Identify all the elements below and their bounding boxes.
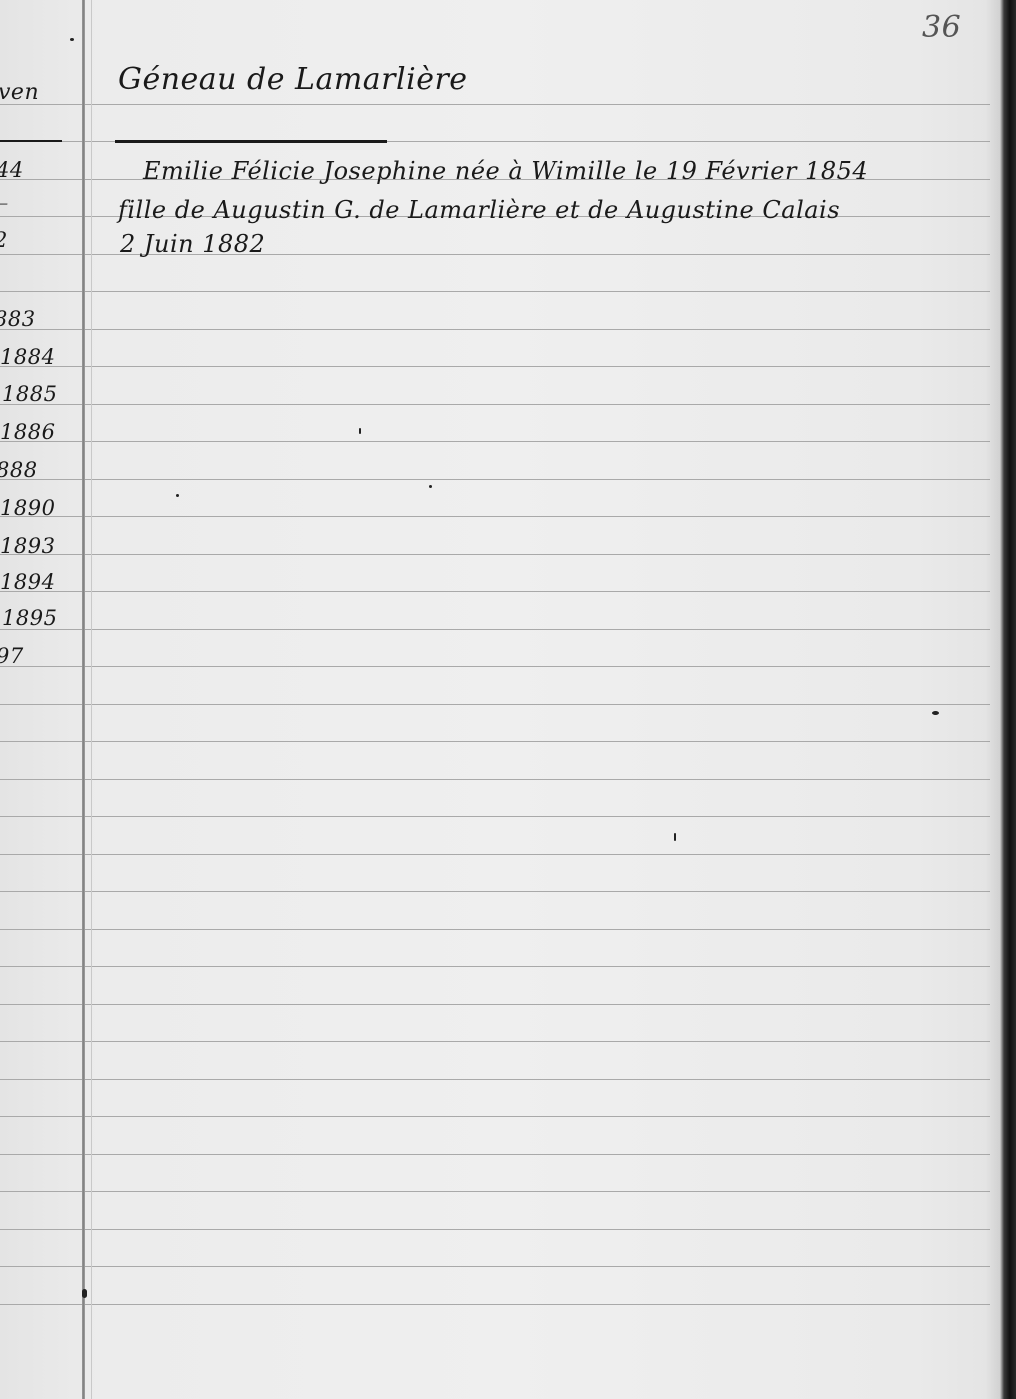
ruled-line (0, 441, 990, 442)
ruled-line (0, 1266, 990, 1267)
ruled-line (0, 291, 990, 292)
ruled-line (0, 1191, 990, 1192)
ruled-line (0, 816, 990, 817)
ink-speck (932, 711, 939, 715)
ruled-line (0, 329, 990, 330)
page-edge-shadow (985, 0, 1000, 1399)
ruled-line (0, 966, 990, 967)
ruled-line (0, 1079, 990, 1080)
ink-speck (674, 833, 676, 841)
left-margin-faint-line (91, 0, 92, 1399)
left-column-entry: — (0, 196, 9, 212)
ruled-line (0, 629, 990, 630)
entry-line-parents: fille de Augustin G. de Lamarlière et de… (118, 196, 840, 224)
ruled-line (0, 854, 990, 855)
family-name-heading: Géneau de Lamarlière (118, 62, 468, 97)
ruled-line (0, 1304, 990, 1305)
entry-line-date: 2 Juin 1882 (120, 230, 265, 258)
ruled-line (0, 891, 990, 892)
left-column-entry: 1893 (0, 534, 55, 558)
left-column-entry: 1884 (0, 345, 55, 369)
ruled-line (0, 741, 990, 742)
ruled-line (0, 591, 990, 592)
ruled-line (0, 1154, 990, 1155)
ruled-line (0, 104, 990, 105)
ruled-line (0, 1116, 990, 1117)
ink-speck (359, 428, 361, 434)
left-column-entry: 1894 (0, 570, 55, 594)
ink-speck (429, 485, 432, 488)
left-column-entry: 1895 (2, 606, 57, 630)
ink-speck (70, 38, 74, 41)
left-column-entry: 2 (0, 228, 8, 252)
ruled-line (0, 554, 990, 555)
ruled-line (0, 1229, 990, 1230)
left-margin-line (82, 0, 85, 1399)
ruled-line (0, 929, 990, 930)
left-column-entry: 97 (0, 644, 24, 668)
heading-underline (115, 140, 387, 143)
ruled-line (0, 479, 990, 480)
left-column-entry: 44 (0, 158, 24, 182)
ruled-line (0, 704, 990, 705)
register-page: 36 ven 44 — 2 883 1884 1885 1886 888 189… (0, 0, 1016, 1399)
ruled-line (0, 1041, 990, 1042)
ruled-line (0, 404, 990, 405)
ruled-line (0, 516, 990, 517)
page-number: 36 (922, 10, 961, 45)
ink-speck (176, 494, 179, 497)
ruled-line (0, 1004, 990, 1005)
ruled-line (0, 366, 990, 367)
left-column-entry: 1885 (2, 382, 57, 406)
ruled-line (0, 666, 990, 667)
left-column-header: ven (0, 80, 39, 105)
left-column-entry: 888 (0, 458, 38, 482)
entry-line-birth: Emilie Félicie Josephine née à Wimille l… (143, 157, 868, 185)
left-column-entry: 883 (0, 307, 36, 331)
left-column-header-underline (0, 140, 62, 142)
ink-speck (82, 1289, 87, 1298)
binding-edge (1000, 0, 1016, 1399)
left-column-entry: 1886 (0, 420, 55, 444)
left-column-entry: 1890 (0, 496, 55, 520)
ruled-line (0, 779, 990, 780)
